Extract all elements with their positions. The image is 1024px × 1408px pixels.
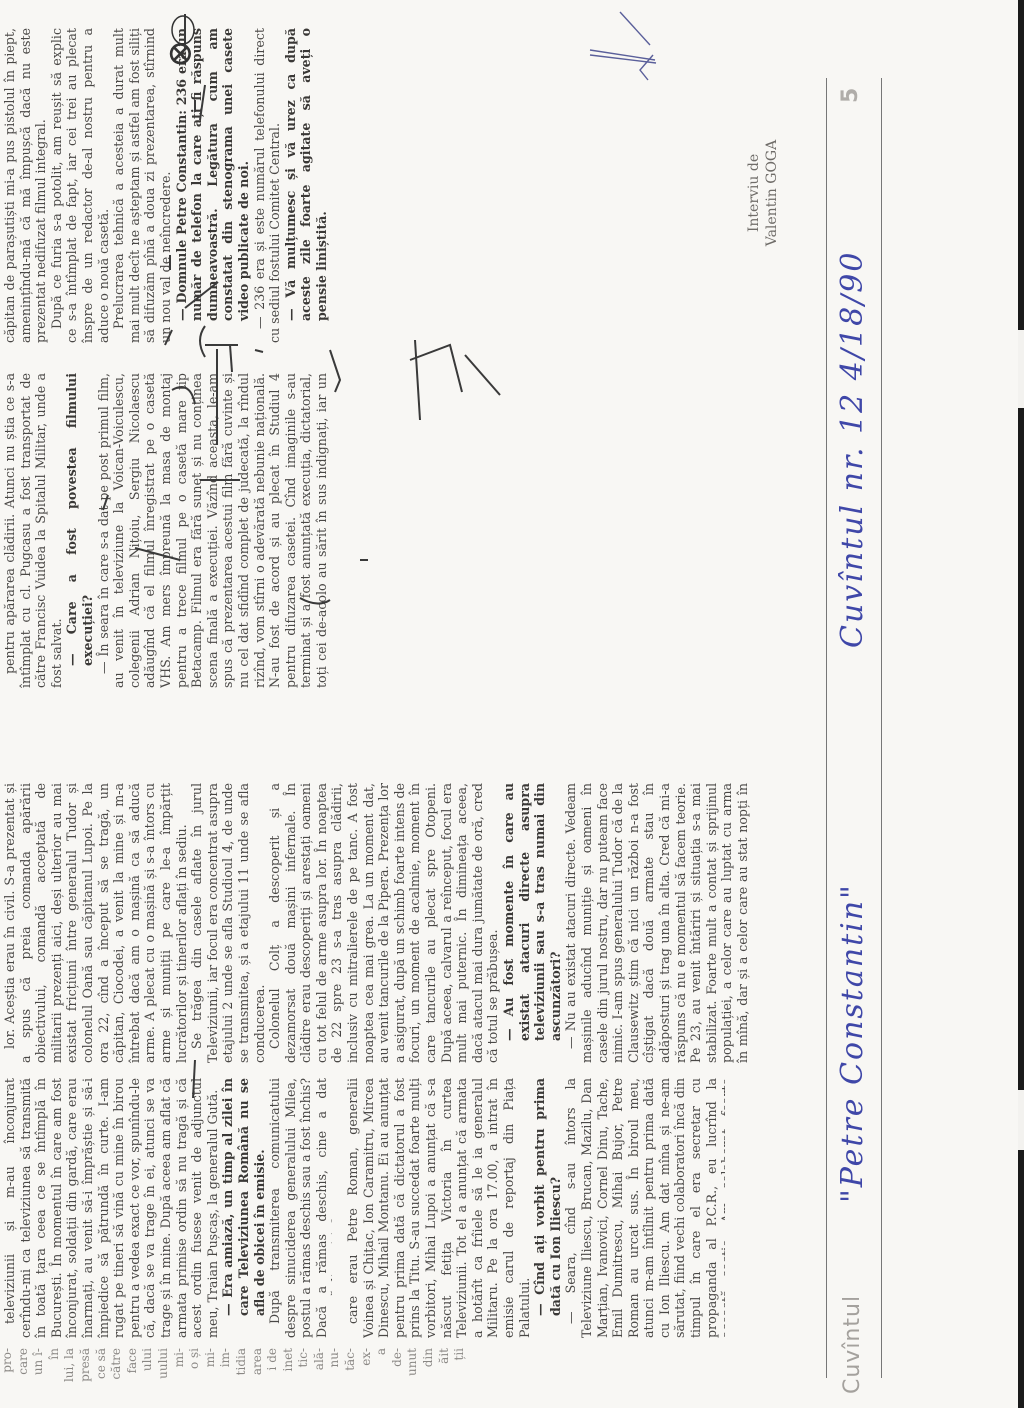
scanner-edge <box>1018 0 1024 1408</box>
scanned-page: pro-careun î-înlui, lapresăce săcătrefac… <box>0 0 1024 1408</box>
pencil-annotations <box>0 0 1024 1408</box>
